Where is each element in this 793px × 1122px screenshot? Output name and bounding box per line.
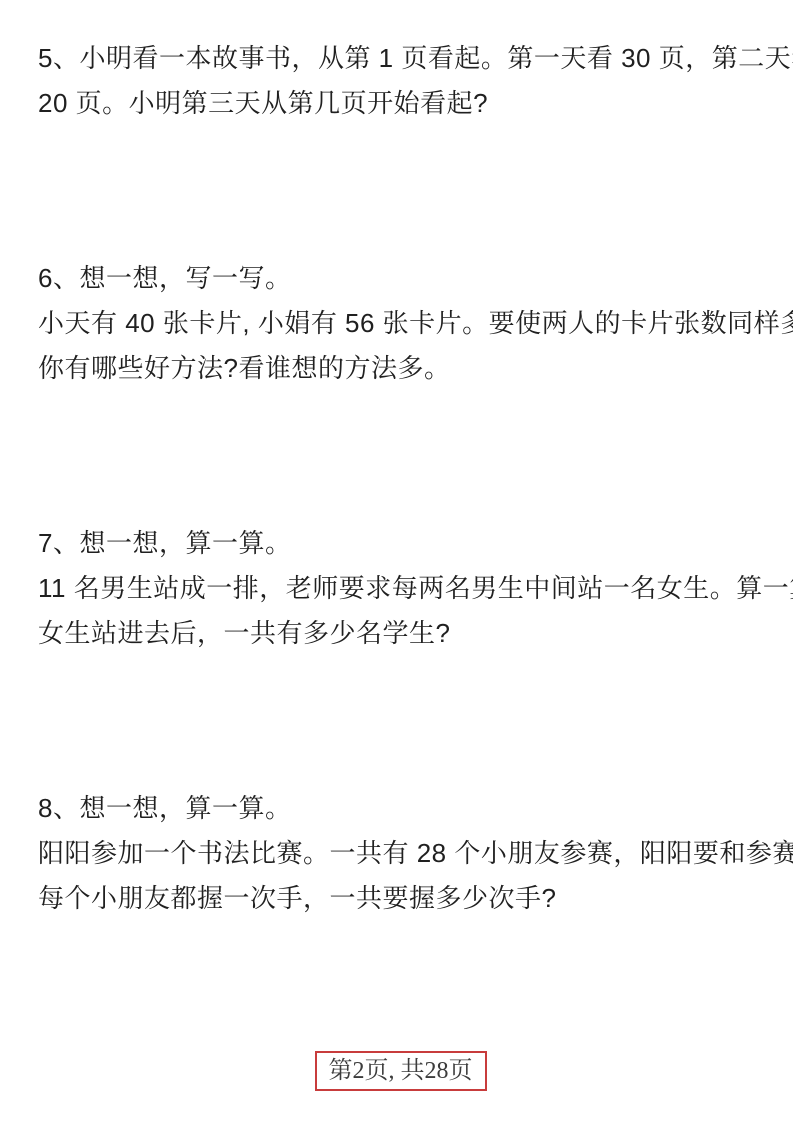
question-8-heading: 8、想一想，算一算。: [38, 786, 763, 831]
question-6-line-2: 你有哪些好方法?看谁想的方法多。: [38, 346, 763, 391]
question-7-line-2: 女生站进去后，一共有多少名学生?: [38, 611, 763, 656]
page-number-badge: 第2页, 共28页: [315, 1051, 487, 1091]
question-7-line-1: 11 名男生站成一排，老师要求每两名男生中间站一名女生。算一算，: [38, 566, 763, 611]
question-5: 5、小明看一本故事书，从第 1 页看起。第一天看 30 页，第二天看 20 页。…: [38, 36, 763, 126]
question-6-heading: 6、想一想，写一写。: [38, 256, 763, 301]
question-5-line-1: 5、小明看一本故事书，从第 1 页看起。第一天看 30 页，第二天看: [38, 36, 763, 81]
question-5-line-2: 20 页。小明第三天从第几页开始看起?: [38, 81, 763, 126]
worksheet-page: 5、小明看一本故事书，从第 1 页看起。第一天看 30 页，第二天看 20 页。…: [0, 0, 793, 1122]
question-8-line-2: 每个小朋友都握一次手，一共要握多少次手?: [38, 876, 763, 921]
page-footer: 第2页, 共28页: [38, 1051, 763, 1091]
question-7-heading: 7、想一想，算一算。: [38, 521, 763, 566]
question-6-line-1: 小天有 40 张卡片, 小娟有 56 张卡片。要使两人的卡片张数同样多，: [38, 301, 763, 346]
question-6: 6、想一想，写一写。 小天有 40 张卡片, 小娟有 56 张卡片。要使两人的卡…: [38, 256, 763, 391]
question-8-line-1: 阳阳参加一个书法比赛。一共有 28 个小朋友参赛，阳阳要和参赛的: [38, 831, 763, 876]
question-8: 8、想一想，算一算。 阳阳参加一个书法比赛。一共有 28 个小朋友参赛，阳阳要和…: [38, 786, 763, 921]
question-7: 7、想一想，算一算。 11 名男生站成一排，老师要求每两名男生中间站一名女生。算…: [38, 521, 763, 656]
